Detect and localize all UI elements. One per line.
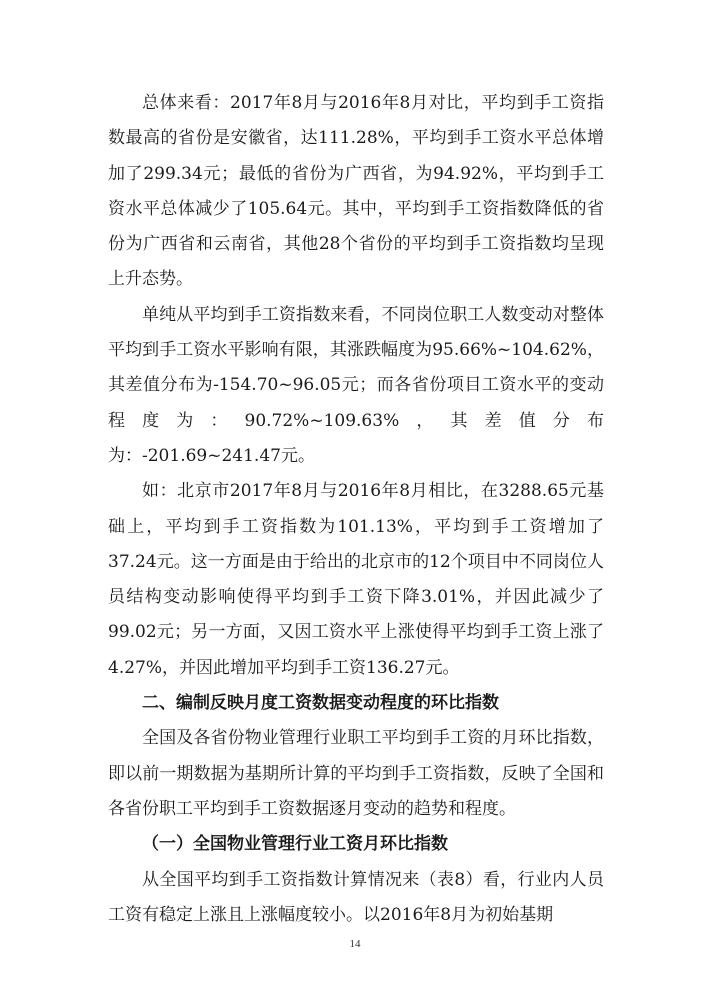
paragraph-beijing-example: 如：北京市2017年8月与2016年8月相比，在3288.65元基础上，平均到手… (108, 474, 604, 686)
page-number: 14 (0, 938, 710, 950)
section-heading: 二、编制反映月度工资数据变动程度的环比指数 (108, 686, 604, 721)
paragraph-summary: 总体来看：2017年8月与2016年8月对比，平均到手工资指数最高的省份是安徽省… (108, 86, 604, 298)
paragraph-subsection-intro: 从全国平均到手工资指数计算情况来（表8）看，行业内人员工资有稳定上涨且上涨幅度较… (108, 863, 604, 934)
paragraph-index-range: 单纯从平均到手工资指数来看，不同岗位职工人数变动对整体平均到手工资水平影响有限，… (108, 298, 604, 474)
document-page: 总体来看：2017年8月与2016年8月对比，平均到手工资指数最高的省份是安徽省… (108, 86, 604, 933)
subsection-heading: （一）全国物业管理行业工资月环比指数 (108, 827, 604, 862)
paragraph-section-intro: 全国及各省份物业管理行业职工平均到手工资的月环比指数，即以前一期数据为基期所计算… (108, 721, 604, 827)
